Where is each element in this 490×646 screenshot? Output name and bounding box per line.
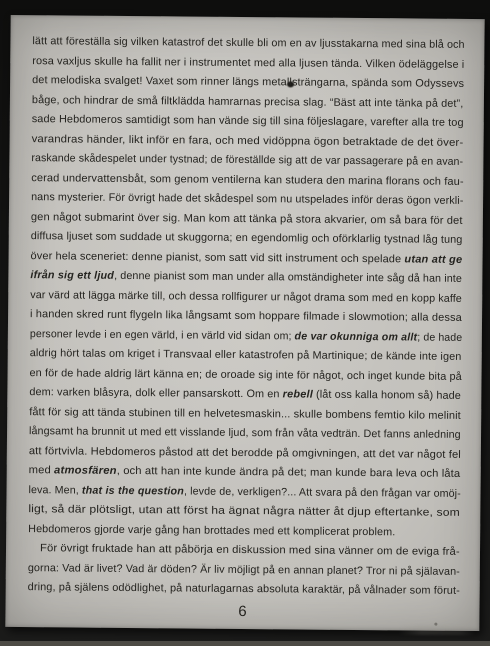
body-text: dring, på själens odödlighet, på naturla… [28,581,460,597]
emphasized-text: atmosfären [54,464,117,477]
emphasized-text: utan att ge [404,253,462,266]
body-text: nans mysterier. För övrigt hade det skåd… [31,191,463,207]
body-text: Hebdomeros gjorde varje gång han brottad… [28,523,395,538]
page-number: 6 [5,601,479,623]
body-text: lätt att föreställa sig vilken katastrof… [32,35,464,51]
text-line-content: dring, på själens odödlighet, på naturla… [28,578,460,601]
body-text: , och att han inte kunde ändra på det; m… [117,465,461,480]
body-text: personer levde i en egen värld, i en vär… [30,328,295,342]
emphasized-text: that is the question [82,484,184,497]
body-text: raskande skådespelet under tystnad; de f… [31,152,463,168]
body-text: ligt, så där plötsligt, utan att först h… [28,503,460,519]
body-text: att förtvivla. Hebdomeros påstod att det… [29,445,461,461]
body-text: långsamt ha brunnit ut med ett visslande… [29,425,461,441]
body-text: med [29,464,54,476]
body-text: , levde de, verkligen?... Att svara på d… [184,485,461,499]
body-text: gen något submarint över sig. Man kom at… [31,211,463,227]
page-text: lätt att föreställa sig vilken katastrof… [28,32,465,601]
body-text: var värd att lägga märke till, och dessa… [30,289,462,305]
book-page: lätt att föreställa sig vilken katastrof… [5,15,484,631]
body-text: dem: varken blåsyra, dolk eller pansarsk… [29,386,282,400]
body-text: gorna: Vad är livet? Vad är döden? Är li… [28,562,460,578]
body-text: cerad undervattensbåt, som genom ventile… [31,172,464,188]
scanner-background: lätt att föreställa sig vilken katastrof… [0,0,490,646]
corner-smudge [398,625,476,636]
text-line: dring, på själens odödlighet, på naturla… [28,578,460,601]
body-text: ; de hade [417,331,462,343]
body-text: båge, och hindrar de små filtklädda hamr… [32,94,464,110]
body-text: För övrigt fruktade han att påbörja en d… [40,542,460,558]
body-text: (låt oss kalla honom så) hade [313,389,461,402]
emphasized-text: de var okunniga om allt [295,330,418,343]
body-text: fått för sig att tända stubinen till en … [29,406,461,422]
body-text: rosa vaxljus skulle ha fallit ner i inst… [32,55,464,71]
body-text: diffusa ljuset som suddade ut skuggorna;… [31,230,463,246]
body-text: leva. Men, [28,484,81,496]
emphasized-text: ifrån sig ett ljud [30,269,114,282]
body-text: över hela sceneriet: denne pianist, som … [31,250,405,265]
scan-bottom-edge [0,641,490,646]
body-text: varandras händer, likt inför en fara, oc… [32,133,464,149]
body-text: aldrig hört talas om kriget i Transvaal … [30,347,462,363]
body-text: en för de hade aldrig lärt känna en; de … [30,367,462,383]
emphasized-text: rebell [283,388,313,400]
body-text: sade Hebdomeros samtidigt som han vände … [32,113,464,129]
body-text: i handen skred runt flygeln lika långsam… [30,308,462,324]
body-text: , denne pianist som man under alla omstä… [114,270,462,285]
body-text: det melodiska svalget! Vaxet som rinner … [32,74,464,90]
